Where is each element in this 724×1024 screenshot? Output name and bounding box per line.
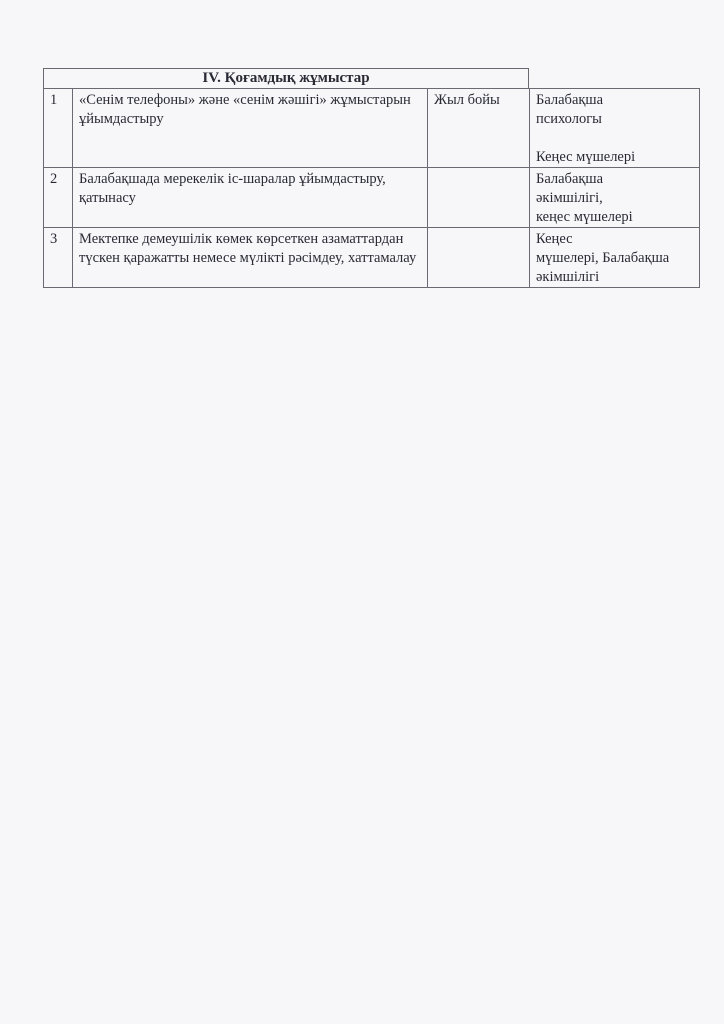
responsible-line: Балабақша [536,91,693,110]
task-cell: Балабақшада мерекелік іс-шаралар ұйымдас… [73,168,428,228]
row-number: 2 [44,168,73,228]
table-row: 2 Балабақшада мерекелік іс-шаралар ұйымд… [44,168,700,228]
responsible-line: кеңес мүшелері [536,208,693,227]
deadline-cell [428,228,530,288]
table-row: 1 «Сенім телефоны» және «сенім жәшігі» ж… [44,89,700,168]
row-number: 1 [44,89,73,168]
table-row: 3 Мектепке демеушілік көмек көрсеткен аз… [44,228,700,288]
responsible-cell: Балабақша психологы Кеңес мүшелері [530,89,700,168]
responsible-line: әкімшілігі [536,268,693,287]
responsible-line: Кеңес [536,230,693,249]
responsible-line: Кеңес мүшелері [536,148,693,167]
section-title: IV. Қоғамдық жұмыстар [43,68,529,88]
responsible-line: Балабақша [536,170,693,189]
document-page: IV. Қоғамдық жұмыстар 1 «Сенім телефоны»… [0,0,724,1024]
responsible-cell: Кеңес мүшелері, Балабақша әкімшілігі [530,228,700,288]
row-number: 3 [44,228,73,288]
responsible-line [536,129,693,148]
task-cell: «Сенім телефоны» және «сенім жәшігі» жұм… [73,89,428,168]
deadline-cell: Жыл бойы [428,89,530,168]
plan-table: 1 «Сенім телефоны» және «сенім жәшігі» ж… [43,88,700,288]
responsible-cell: Балабақша әкімшілігі, кеңес мүшелері [530,168,700,228]
responsible-line: психологы [536,110,693,129]
responsible-line: әкімшілігі, [536,189,693,208]
task-cell: Мектепке демеушілік көмек көрсеткен азам… [73,228,428,288]
responsible-line: мүшелері, Балабақша [536,249,693,268]
deadline-cell [428,168,530,228]
